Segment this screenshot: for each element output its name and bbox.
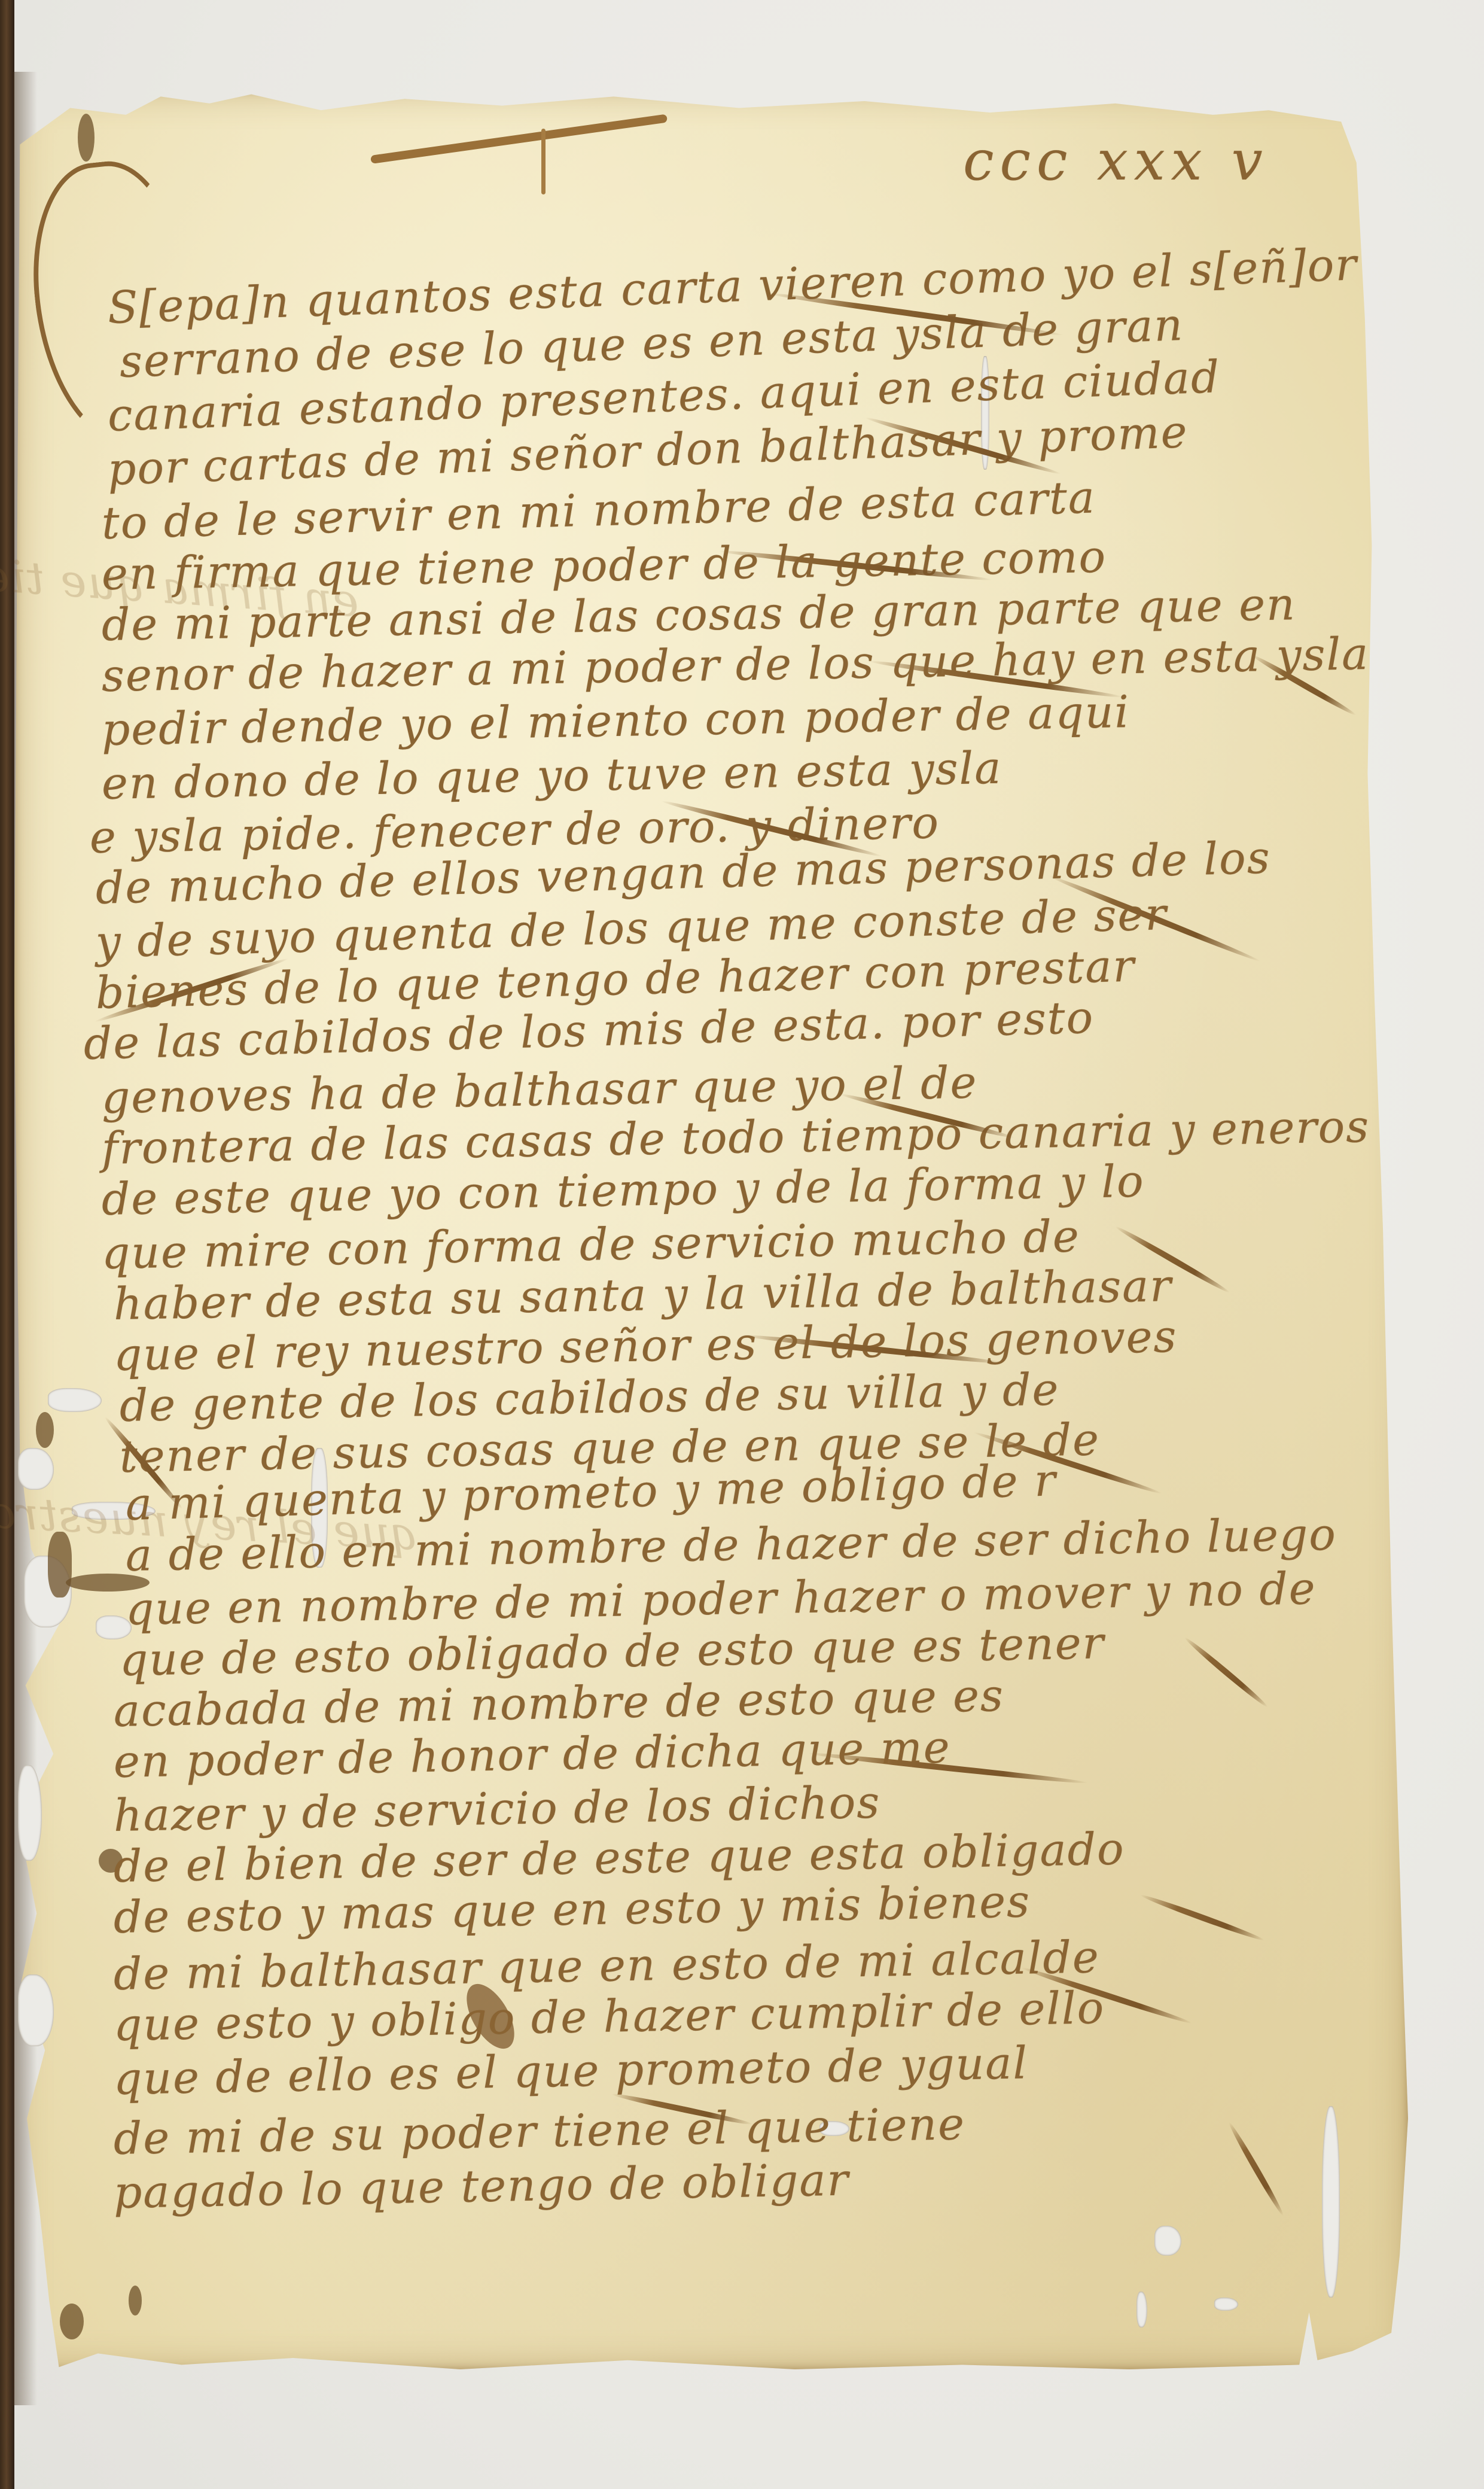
ink-blot: [129, 2286, 142, 2315]
ink-blot: [78, 114, 95, 162]
binding-spine: [0, 0, 14, 2489]
paper-hole: [1154, 2226, 1181, 2256]
paper-hole: [48, 1388, 102, 1412]
folio-number: ccc xxx v: [963, 129, 1269, 193]
paper-hole: [1322, 2106, 1340, 2298]
paper-hole: [1136, 2292, 1147, 2327]
ink-blot: [36, 1412, 54, 1448]
paper-hole: [18, 1974, 54, 2046]
invocation-cross-stem: [541, 129, 546, 194]
paper-hole: [18, 1765, 42, 1861]
paper-hole: [1214, 2298, 1238, 2311]
paper-hole: [18, 1448, 54, 1490]
ink-blot: [60, 2304, 84, 2339]
